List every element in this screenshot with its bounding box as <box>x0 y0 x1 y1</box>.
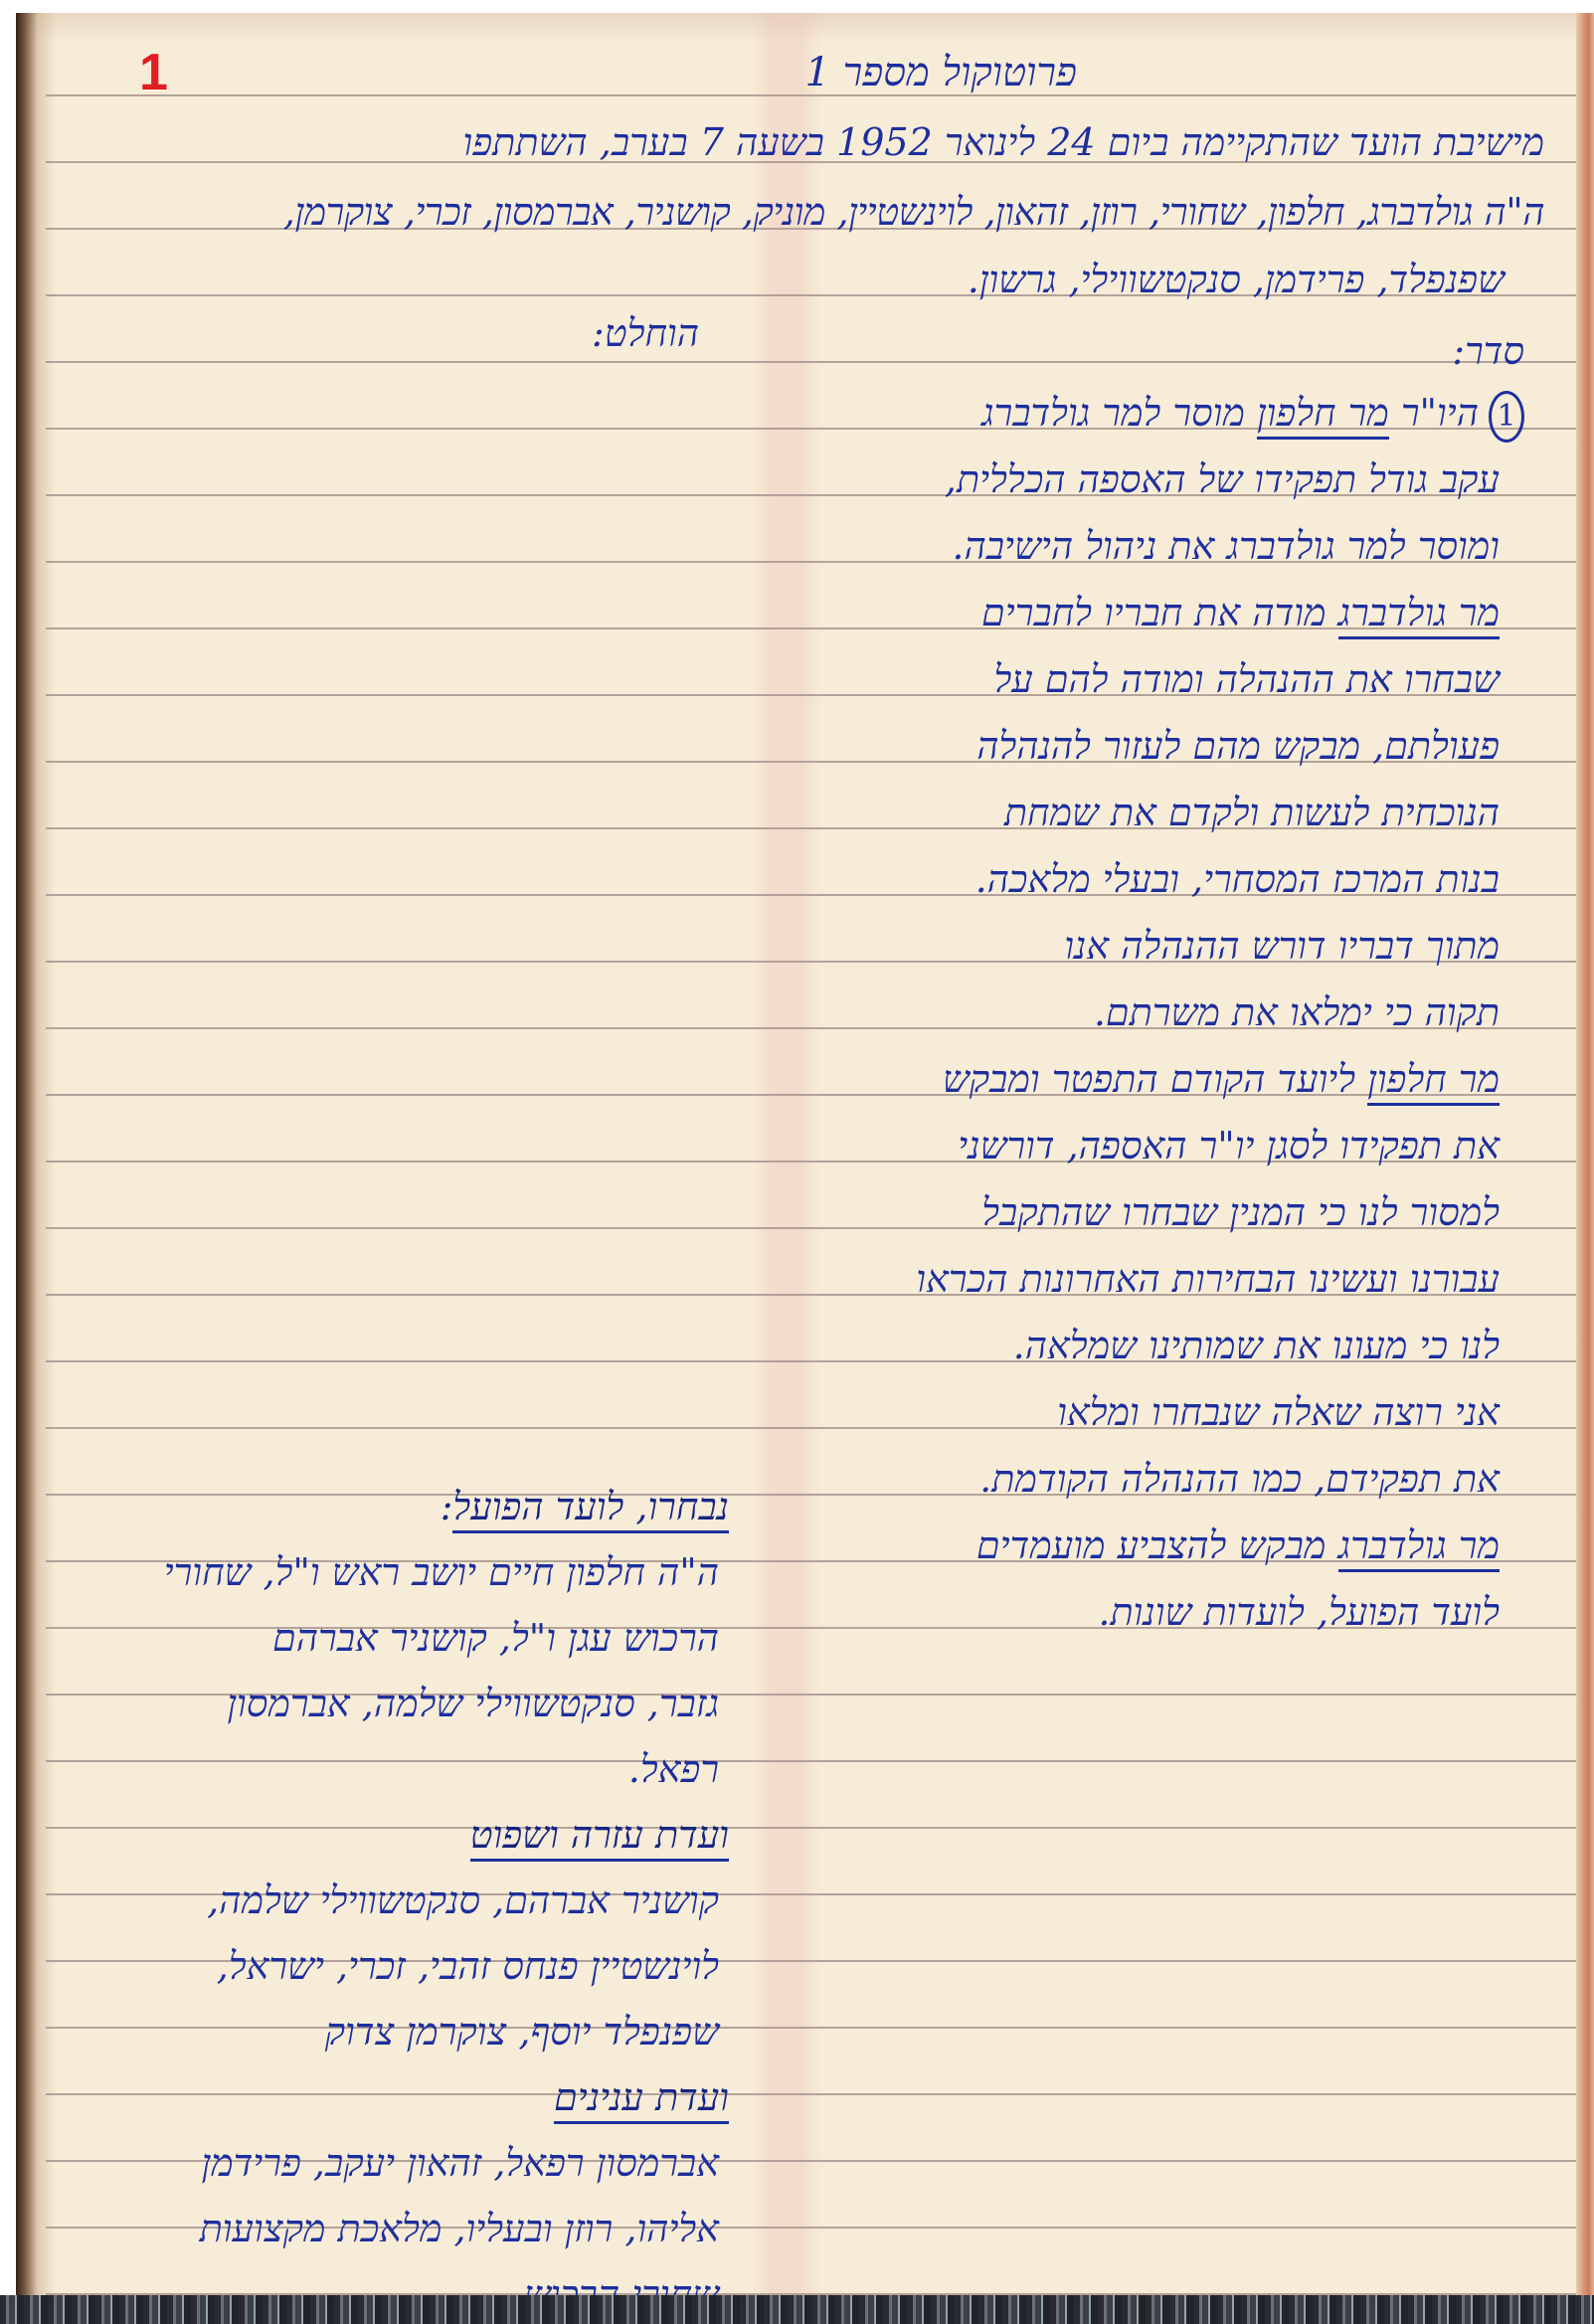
committee-members-line: שפנפלד יוסף, צוקרמן צדוק <box>325 2010 719 2055</box>
underlined-name: נבחרו, לועד הפועל <box>452 1485 729 1533</box>
minutes-line: פעולתם, מבקש מהם לעזור להנהלה <box>976 724 1500 769</box>
minutes-line: מר גולדברג מודה את חבריו לחברים <box>981 591 1500 635</box>
protocol-title: פרוטוקול מספר 1 <box>804 49 1077 95</box>
minutes-line: מתוך דבריו דורש ההנהלה אנו <box>1064 924 1500 969</box>
minutes-line: 1היו"ר מר חלפון מוסר למר גולדברג <box>981 391 1524 443</box>
minutes-line: שבחרו את ההנהלה ומודה להם על <box>993 657 1500 702</box>
ruled-line <box>46 2027 1576 2029</box>
page-edge-bottom <box>0 2295 1594 2324</box>
minutes-line: אני רוצה שאלה שנבחרו ומלאו <box>1057 1390 1500 1435</box>
attendees-line-2: שפנפלד, פרידמן, סנקטשווילי, גרשון. <box>968 258 1505 302</box>
committee-members-line: לוינשטיין פנחס זהבי, זכרי, ישראל, <box>217 1944 719 1989</box>
notebook-page: 1 פרוטוקול מספר 1 מישיבת הועד שהתקיימה ב… <box>16 13 1594 2308</box>
minutes-line: לנו כי מעונו את שמותינו שמלאה. <box>1013 1324 1500 1368</box>
ruled-line <box>46 2093 1576 2095</box>
underlined-name: מר גולדברג <box>1338 591 1500 639</box>
committee-heading: ועדת ענינים <box>554 2075 729 2120</box>
committee-members-line: ה"ה חלפון חיים יושב ראש ו"ל, שחורי <box>164 1550 719 1595</box>
minutes-line: תקוה כי ימלאו את משרתם. <box>1094 990 1500 1035</box>
minutes-line: מר גולדברג מבקש להצביע מועמדים <box>976 1523 1500 1568</box>
minutes-line: לועד הפועל, לועדות שונות. <box>1098 1590 1500 1635</box>
underlined-name: ועדת עזרה ושפוט <box>470 1813 729 1862</box>
committee-members-line: אברמסון רפאל, זהאון יעקב, פרידמן <box>201 2141 719 2186</box>
agenda-label: סדר: <box>1452 329 1524 374</box>
minutes-line: ומוסר למר גולדברג את ניהול הישיבה. <box>952 524 1500 569</box>
decisions-label: הוחלט: <box>592 311 699 356</box>
committee-members-line: הרכוש עגן ו"ל, קושניר אברהם <box>272 1616 719 1661</box>
minutes-line: מר חלפון ליועד הקודם התפטר ומבקש <box>943 1057 1500 1102</box>
underlined-name: מר חלפון <box>1367 1057 1500 1106</box>
underlined-name: מר חלפון <box>1257 391 1389 440</box>
minutes-line: את תפקידו לסגן יו"ר האספה, דורשני <box>958 1124 1500 1168</box>
ruled-line <box>46 361 1576 363</box>
minutes-line: הנוכחית לעשות ולקדם את שמחת <box>1004 791 1500 835</box>
committee-members-line: רפאל. <box>628 1747 719 1792</box>
minutes-line: את תפקידם, כמו ההנהלה הקודמת. <box>979 1457 1500 1502</box>
committee-heading: ועדת עזרה ושפוט <box>470 1813 729 1858</box>
page-edge-right <box>1576 13 1594 2308</box>
committee-members-line: קושניר אברהם, סנקטשווילי שלמה, <box>207 1878 719 1923</box>
attendees-line-1: ה"ה גולדברג, חלפון, שחורי, רוזן, זהאון, … <box>283 190 1544 235</box>
committee-members-line: גזבר, סנקטשווילי שלמה, אברמסון <box>227 1682 719 1726</box>
ruled-line <box>46 1760 1576 1762</box>
minutes-line: למסור לנו כי המנין שבחרו שהתקבל <box>981 1190 1500 1235</box>
committee-heading: נבחרו, לועד הפועל: <box>441 1485 729 1529</box>
item-number-circled: 1 <box>1489 391 1524 443</box>
underlined-name: מר גולדברג <box>1338 1523 1500 1572</box>
meeting-intro: מישיבת הועד שהתקיימה ביום 24 לינואר 1952… <box>463 120 1544 165</box>
minutes-line: עבורנו ועשינו הבחירות האחרונות הכראו <box>916 1257 1500 1302</box>
ruled-line <box>46 1827 1576 1829</box>
minutes-line: עקב גודל תפקידו של האספה הכללית, <box>945 457 1500 502</box>
page-number-label: 1 <box>139 43 168 102</box>
minutes-line: בנות המרכז המסחרי, ובעלי מלאכה. <box>975 857 1500 902</box>
underlined-name: ועדת ענינים <box>554 2075 729 2124</box>
committee-members-line: אליהו, רוזן ובעליו, מלאכת מקצועות <box>200 2207 719 2251</box>
